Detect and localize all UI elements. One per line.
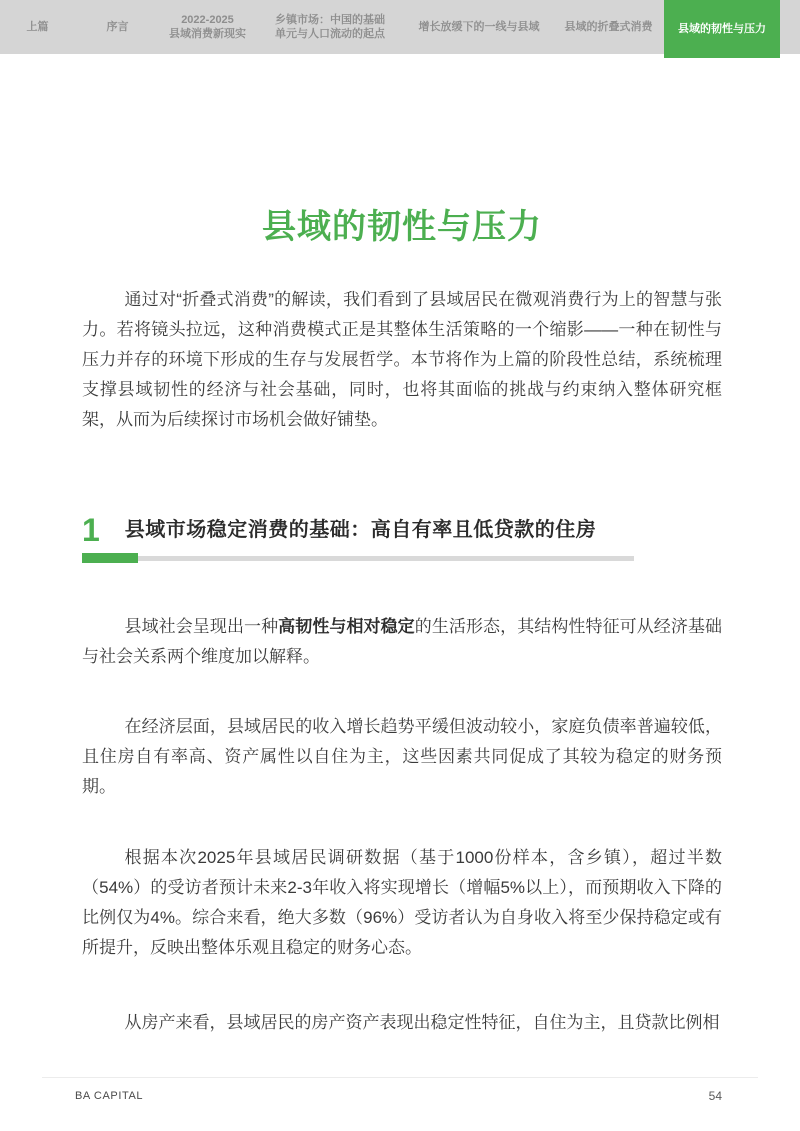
nav-tab-resilience-pressure-active[interactable]: 县域的韧性与压力 [664,0,780,58]
section-underline [82,553,722,563]
intro-paragraph: 通过对“折叠式消费”的解读，我们看到了县域居民在微观消费行为上的智慧与张力。若将… [82,285,722,435]
nav-tab-label: 县域的折叠式消费 [565,20,653,34]
paragraph-survey-data: 根据本次2025年县域居民调研数据（基于1000份样本，含乡镇），超过半数（54… [82,843,722,963]
nav-tab-county-consumption-reality[interactable]: 2022-2025 县域消费新现实 [160,0,255,54]
underline-gray-bar [138,556,634,561]
footer-brand: BA CAPITAL [75,1090,143,1102]
paragraph-housing: 从房产来看，县域居民的房产资产表现出稳定性特征，自住为主，且贷款比例相 [82,1008,722,1038]
nav-tab-label-line1: 乡镇市场：中国的基础 [275,13,385,27]
nav-tab-label: 增长放缓下的一线与县域 [419,20,540,34]
nav-tab-label: 序言 [107,20,129,34]
nav-tab-township-market[interactable]: 乡镇市场：中国的基础 单元与人口流动的起点 [255,0,405,54]
nav-tab-label-line1: 2022-2025 [181,13,234,27]
top-nav: 上篇 序言 2022-2025 县域消费新现实 乡镇市场：中国的基础 单元与人口… [0,0,800,54]
page-footer: BA CAPITAL 54 [42,1077,758,1103]
nav-tab-folded-consumption[interactable]: 县域的折叠式消费 [553,0,664,54]
paragraph-bold-text: 高韧性与相对稳定 [278,617,415,636]
nav-tab-preface[interactable]: 序言 [75,0,160,54]
section-number: 1 [82,513,100,547]
nav-spacer [780,0,800,54]
paragraph-economy: 在经济层面，县域居民的收入增长趋势平缓但波动较小，家庭负债率普遍较低，且住房自有… [82,712,722,802]
paragraph-resilience: 县域社会呈现出一种高韧性与相对稳定的生活形态，其结构性特征可从经济基础与社会关系… [82,612,722,672]
nav-tab-slowing-growth[interactable]: 增长放缓下的一线与县域 [405,0,553,54]
main-content: 县域的韧性与压力 通过对“折叠式消费”的解读，我们看到了县域居民在微观消费行为上… [0,205,800,1038]
section-heading: 县域市场稳定消费的基础：高自有率且低贷款的住房 [125,516,597,544]
nav-tab-label: 县域的韧性与压力 [678,22,766,36]
page-title: 县域的韧性与压力 [82,205,722,249]
nav-tab-part-one[interactable]: 上篇 [0,0,75,54]
paragraph-text: 县域社会呈现出一种 [125,617,279,636]
nav-tab-label-line2: 单元与人口流动的起点 [275,27,385,41]
footer-page-number: 54 [709,1089,722,1103]
nav-tab-label: 上篇 [27,20,49,34]
underline-accent-bar [82,553,138,563]
nav-tab-label-line2: 县域消费新现实 [169,27,246,41]
footer-row: BA CAPITAL 54 [42,1078,758,1103]
section-header: 1 县域市场稳定消费的基础：高自有率且低贷款的住房 [82,513,722,547]
report-page: 上篇 序言 2022-2025 县域消费新现实 乡镇市场：中国的基础 单元与人口… [0,0,800,1131]
